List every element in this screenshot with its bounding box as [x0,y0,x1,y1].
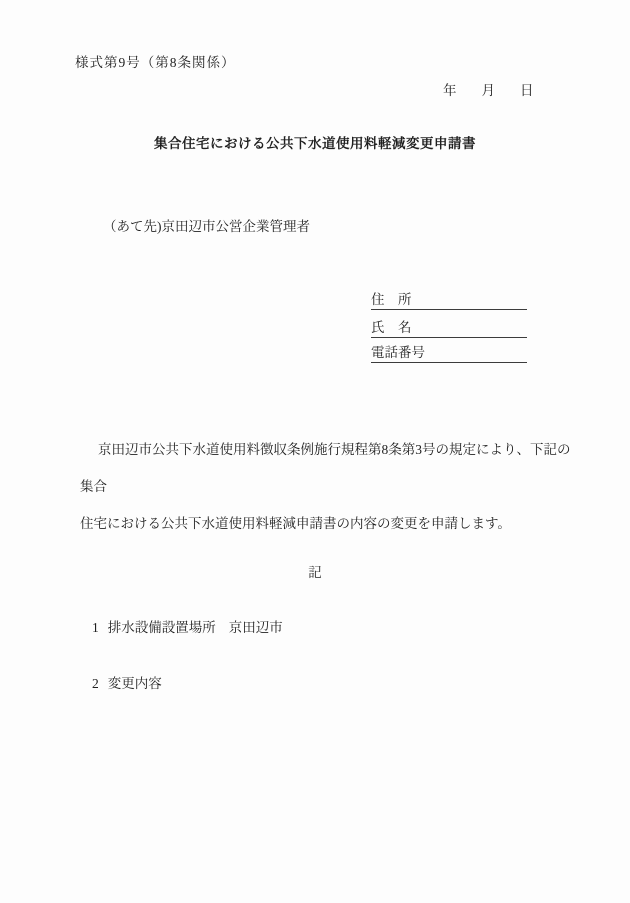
body-paragraph: 京田辺市公共下水道使用料徴収条例施行規程第8条第3号の規定により、下記の集合 住… [80,431,580,542]
field-phone: 電話番号 [371,345,527,363]
item-1-value: 京田辺市 [229,616,283,636]
item-2-number: 2 [92,676,99,692]
item-1-number: 1 [92,620,99,636]
item-drainage-location: 1 排水設備設置場所 京田辺市 [92,616,283,636]
field-address-label: 住 所 [371,292,412,308]
body-line-2: 住宅における公共下水道使用料軽減申請書の内容の変更を申請します。 [80,505,580,542]
date-year-label: 年 [443,79,457,99]
date-month-label: 月 [482,79,496,99]
notation-marker: 記 [0,561,630,581]
item-2-label: 変更内容 [108,672,162,692]
document-page: 様式第9号（第8条関係） 年 月 日 集合住宅における公共下水道使用料軽減変更申… [0,0,630,903]
date-day-label: 日 [520,79,534,99]
field-name-label: 氏 名 [371,320,412,336]
body-line-1: 京田辺市公共下水道使用料徴収条例施行規程第8条第3号の規定により、下記の集合 [80,431,580,505]
field-phone-label: 電話番号 [371,345,425,361]
date-line: 年 月 日 [443,79,534,99]
item-change-details: 2 変更内容 [92,672,175,692]
form-number: 様式第9号（第8条関係） [75,51,236,71]
document-title: 集合住宅における公共下水道使用料軽減変更申請書 [0,132,630,152]
addressee-line: （あて先)京田辺市公営企業管理者 [103,215,310,235]
field-address: 住 所 [371,292,527,310]
field-name: 氏 名 [371,320,527,338]
item-1-label: 排水設備設置場所 [108,616,216,636]
